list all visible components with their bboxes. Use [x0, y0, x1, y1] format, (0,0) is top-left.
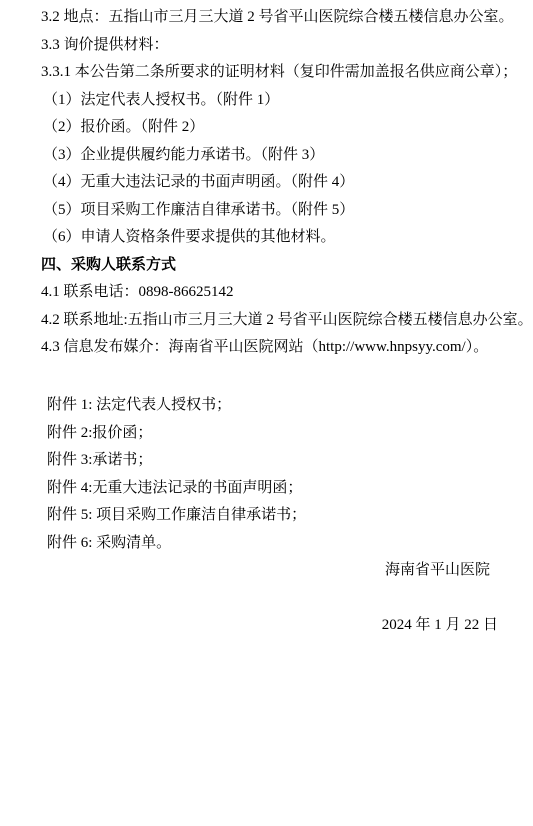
attachment-1: 附件 1: 法定代表人授权书；	[41, 392, 521, 420]
material-item-5: （5）项目采购工作廉洁自律承诺书。（附件 5）	[41, 197, 521, 225]
clause-4-3-media: 4.3 信息发布媒介：海南省平山医院网站（http://www.hnpsyy.c…	[41, 334, 521, 362]
material-item-3: （3）企业提供履约能力承诺书。（附件 3）	[41, 142, 521, 170]
material-item-1: （1）法定代表人授权书。（附件 1）	[41, 87, 521, 115]
clause-4-2-address: 4.2 联系地址:五指山市三月三大道 2 号省平山医院综合楼五楼信息办公室。	[41, 307, 521, 335]
signature-date: 2024 年 1 月 22 日	[41, 612, 521, 640]
spacer	[41, 585, 521, 613]
clause-3-3-materials: 3.3 询价提供材料：	[41, 32, 521, 60]
material-item-6: （6）申请人资格条件要求提供的其他材料。	[41, 224, 521, 252]
clause-3-3-1-materials-intro: 3.3.1 本公告第二条所要求的证明材料（复印件需加盖报名供应商公章）；	[41, 59, 521, 87]
document-page: 3.2 地点：五指山市三月三大道 2 号省平山医院综合楼五楼信息办公室。 3.3…	[0, 0, 533, 826]
material-item-2: （2）报价函。（附件 2）	[41, 114, 521, 142]
attachment-4: 附件 4:无重大违法记录的书面声明函；	[41, 475, 521, 503]
attachment-2: 附件 2:报价函；	[41, 420, 521, 448]
clause-4-1-phone: 4.1 联系电话：0898-86625142	[41, 279, 521, 307]
material-item-4: （4）无重大违法记录的书面声明函。（附件 4）	[41, 169, 521, 197]
signature-organization: 海南省平山医院	[41, 557, 521, 585]
attachment-list: 附件 1: 法定代表人授权书； 附件 2:报价函； 附件 3:承诺书； 附件 4…	[41, 392, 521, 557]
attachment-6: 附件 6: 采购清单。	[41, 530, 521, 558]
spacer	[41, 362, 521, 390]
attachment-3: 附件 3:承诺书；	[41, 447, 521, 475]
clause-3-2-location: 3.2 地点：五指山市三月三大道 2 号省平山医院综合楼五楼信息办公室。	[41, 4, 521, 32]
attachment-5: 附件 5: 项目采购工作廉洁自律承诺书；	[41, 502, 521, 530]
section-heading-contact: 四、采购人联系方式	[41, 252, 521, 280]
